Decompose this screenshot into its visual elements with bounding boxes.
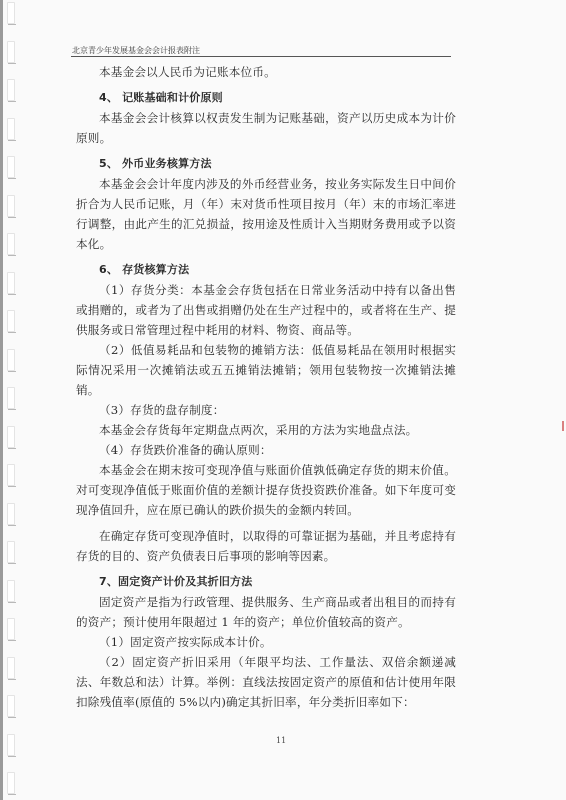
- binding-hole: [7, 580, 15, 602]
- paragraph: （1）固定资产按实际成本计价。: [76, 632, 456, 652]
- binding-hole: [7, 156, 15, 178]
- page-number: 11: [276, 736, 286, 745]
- page-edge: [0, 0, 3, 800]
- paragraph: （1）存货分类：本基金会存货包括在日常业务活动中持有以备出售或捐赠的，或者为了出…: [76, 280, 456, 340]
- binding-hole: [7, 272, 15, 294]
- binding-hole: [7, 464, 15, 486]
- section-heading: 6、 存货核算方法: [76, 260, 456, 280]
- binding-hole: [7, 79, 15, 101]
- document-page: 北京青少年发展基金会会计报表附注 本基金会以人民币为记账本位币。 4、 记账基础…: [0, 0, 566, 800]
- paragraph: 本基金会会计核算以权责发生制为记账基础，资产以历史成本为计价原则。: [76, 108, 456, 148]
- margin-mark: [562, 421, 564, 431]
- paragraph: 本基金会会计年度内涉及的外币经营业务，按业务实际发生日中间价折合为人民币记账，月…: [76, 174, 456, 254]
- binding-hole: [7, 541, 15, 563]
- binding-hole: [7, 618, 15, 640]
- paragraph: 本基金会存货每年定期盘点两次，采用的方法为实地盘点法。: [76, 420, 456, 440]
- binding-hole: [7, 310, 15, 332]
- binding-hole: [7, 657, 15, 679]
- paragraph: 固定资产是指为行政管理、提供服务、生产商品或者出租目的而持有的资产；预计使用年限…: [76, 592, 456, 632]
- paragraph: 本基金会在期末按可变现净值与账面价值孰低确定存货的期末价值。对可变现净值低于账面…: [76, 460, 456, 520]
- binding-holes: [7, 0, 19, 800]
- binding-hole: [7, 695, 15, 717]
- binding-hole: [7, 734, 15, 756]
- paragraph: （2）低值易耗品和包装物的摊销方法：低值易耗品在领用时根据实际情况采用一次摊销法…: [76, 340, 456, 400]
- section-heading: 4、 记账基础和计价原则: [76, 88, 456, 108]
- page-header: 北京青少年发展基金会会计报表附注: [72, 46, 452, 56]
- binding-hole: [7, 41, 15, 63]
- binding-hole: [7, 426, 15, 448]
- binding-hole: [7, 349, 15, 371]
- paragraph: 在确定存货可变现净值时，以取得的可靠证据为基础，并且考虑持有存货的目的、资产负债…: [76, 526, 456, 566]
- binding-hole: [7, 387, 15, 409]
- header-divider: [71, 56, 451, 57]
- binding-hole: [7, 195, 15, 217]
- binding-hole: [7, 233, 15, 255]
- binding-hole: [7, 772, 15, 794]
- document-body: 本基金会以人民币为记账本位币。 4、 记账基础和计价原则 本基金会会计核算以权责…: [76, 62, 456, 712]
- paragraph: （3）存货的盘存制度：: [76, 400, 456, 420]
- binding-hole: [7, 503, 15, 525]
- section-heading: 7、固定资产计价及其折旧方法: [76, 572, 456, 592]
- section-heading: 5、 外币业务核算方法: [76, 154, 456, 174]
- binding-hole: [7, 2, 15, 24]
- paragraph: （2）固定资产折旧采用（年限平均法、工作量法、双倍余额递减法、年数总和法）计算。…: [76, 652, 456, 712]
- paragraph: （4）存货跌价准备的确认原则：: [76, 440, 456, 460]
- paragraph: 本基金会以人民币为记账本位币。: [76, 62, 456, 82]
- binding-hole: [7, 118, 15, 140]
